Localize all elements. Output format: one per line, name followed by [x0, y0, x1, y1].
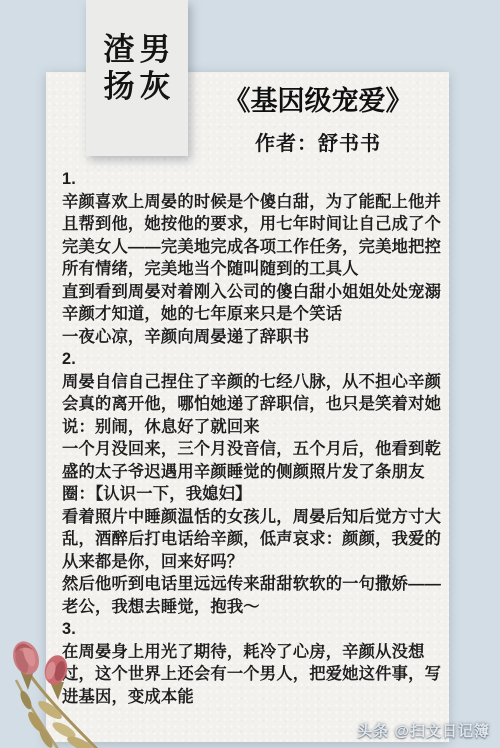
body-line: 一夜心凉，辛颜向周晏递了辞职书 [62, 326, 444, 349]
body-line: 完美女人——完美地完成各项工作任务，完美地把控 [62, 236, 444, 259]
body-line: 且帮到他，她按他的要求，用七年时间让自己成了个 [62, 213, 444, 236]
watermark: 头条 @扫文日记簿 [357, 720, 490, 741]
category-tab: 渣男 扬灰 [86, 0, 188, 156]
body-line: 乱，酒醉后打电话给辛颜，低声哀求：颜颜，我爱的 [62, 528, 444, 551]
body-line: 盛的太子爷迟遇用辛颜睡觉的侧颜照片发了条朋友 [62, 461, 444, 484]
body-line: 一个月没回来，三个月没音信，五个月后，他看到乾 [62, 438, 444, 461]
book-author: 作者：舒书书 [188, 127, 448, 156]
book-title: 《基因级宠爱》 [188, 85, 448, 117]
body-line: 辛颜喜欢上周晏的时候是个傻白甜，为了能配上他并 [62, 191, 444, 214]
dried-rose-flower-icon [0, 612, 130, 748]
body-line: 会真的离开他，哪怕她递了辞职信，也只是笑着对她 [62, 393, 444, 416]
body-line: 周晏自信自己捏住了辛颜的七经八脉，从不担心辛颜 [62, 371, 444, 394]
category-tab-line-2: 扬灰 [86, 68, 188, 105]
body-line: 说：别闹，休息好了就回来 [62, 416, 444, 439]
body-line: 2. [62, 348, 444, 371]
body-line: 直到看到周晏对着刚入公司的傻白甜小姐姐处处宠溺 [62, 281, 444, 304]
post-image: { "page": { "background_color": "#d3dde5… [0, 0, 500, 748]
body-line: 辛颜才知道，她的七年原来只是个笑话 [62, 303, 444, 326]
body-line: 所有情绪，完美地当个随叫随到的工具人 [62, 258, 444, 281]
title-block: 《基因级宠爱》 作者：舒书书 [188, 85, 448, 156]
body-line: 从来都是你，回来好吗？ [62, 551, 444, 574]
body-line: 看着照片中睡颜温恬的女孩儿，周晏后知后觉方寸大 [62, 506, 444, 529]
body-line: 圈：【认识一下，我媳妇】 [62, 483, 444, 506]
body-line: 1. [62, 168, 444, 191]
category-tab-line-1: 渣男 [86, 31, 188, 68]
body-line: 然后他听到电话里远远传来甜甜软软的一句撒娇—— [62, 573, 444, 596]
